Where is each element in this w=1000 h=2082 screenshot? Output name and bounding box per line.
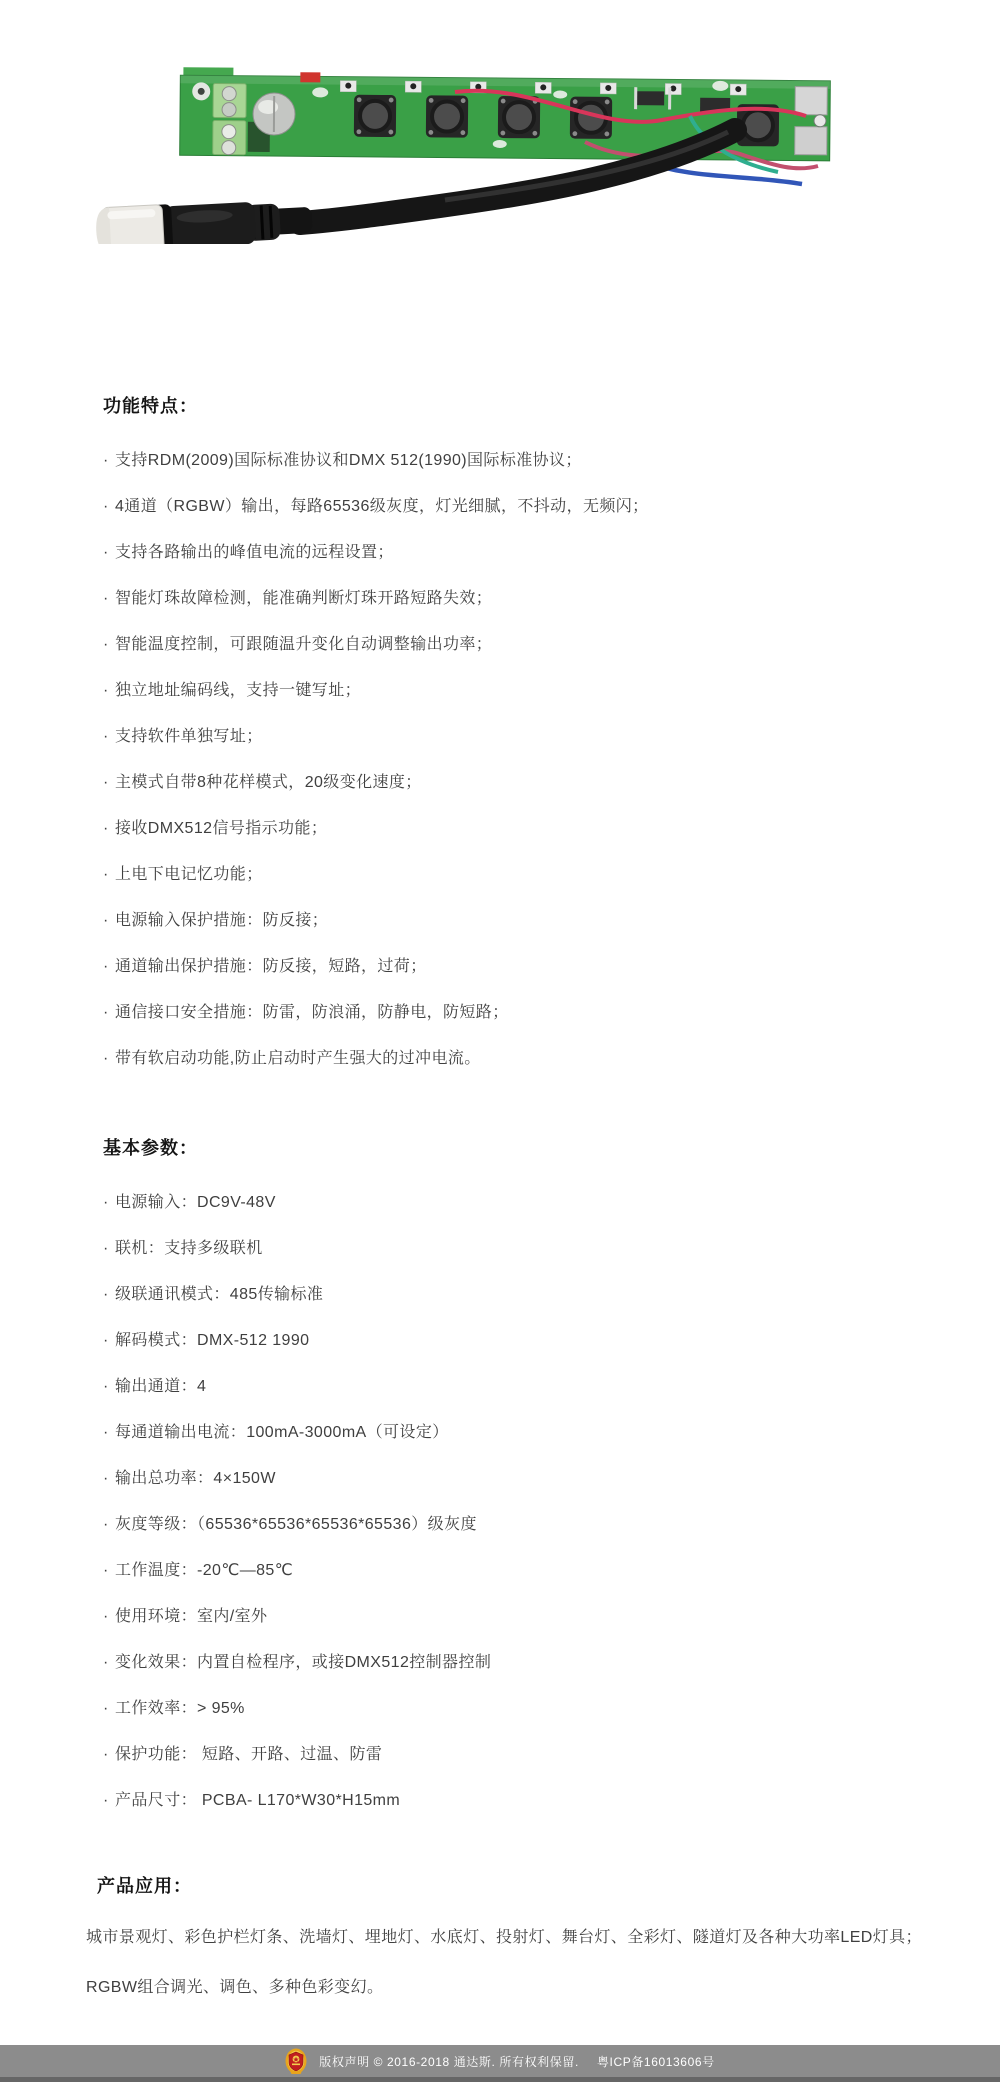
product-detail-page: 功能特点： ·支持RDM(2009)国际标准协议和DMX 512(1990)国际… bbox=[0, 0, 1000, 2082]
footer: 版权声明 © 2016-2018 通达斯. 所有权利保留.粤ICP备160136… bbox=[0, 2045, 1000, 2082]
bullet-dot: · bbox=[103, 1792, 115, 1810]
copyright-text: 版权声明 © 2016-2018 通达斯. 所有权利保留.粤ICP备160136… bbox=[319, 2053, 714, 2070]
feature-item: ·独立地址编码线，支持一键写址； bbox=[103, 677, 963, 723]
parameter-item-text: 每通道输出电流：100mA-3000mA（可设定） bbox=[115, 1424, 449, 1441]
feature-item-text: 支持软件单独写址； bbox=[115, 728, 263, 745]
feature-item: ·带有软启动功能,防止启动时产生强大的过冲电流。 bbox=[103, 1045, 963, 1091]
parameter-item: ·灰度等级：（65536*65536*65536*65536）级灰度 bbox=[103, 1511, 963, 1557]
bullet-dot: · bbox=[103, 1194, 115, 1212]
bullet-dot: · bbox=[103, 1050, 115, 1068]
feature-item: ·4通道（RGBW）输出，每路65536级灰度，灯光细腻，不抖动，无频闪； bbox=[103, 493, 963, 539]
parameter-item: ·使用环境：室内/室外 bbox=[103, 1603, 963, 1649]
feature-item-text: 独立地址编码线，支持一键写址； bbox=[115, 682, 361, 699]
feature-item: ·支持RDM(2009)国际标准协议和DMX 512(1990)国际标准协议； bbox=[103, 447, 963, 493]
features-section: 功能特点： ·支持RDM(2009)国际标准协议和DMX 512(1990)国际… bbox=[103, 392, 963, 1091]
bullet-dot: · bbox=[103, 1470, 115, 1488]
bullet-dot: · bbox=[103, 1654, 115, 1672]
feature-item: ·通信接口安全措施：防雷，防浪涌，防静电，防短路； bbox=[103, 999, 963, 1045]
parameter-item: ·联机：支持多级联机 bbox=[103, 1235, 963, 1281]
bullet-dot: · bbox=[103, 452, 115, 470]
feature-item-text: 智能灯珠故障检测，能准确判断灯珠开路短路失效； bbox=[115, 590, 492, 607]
bullet-dot: · bbox=[103, 866, 115, 884]
application-paragraph: 城市景观灯、彩色护栏灯条、洗墙灯、埋地灯、水底灯、投射灯、舞台灯、全彩灯、隧道灯… bbox=[86, 1924, 966, 1947]
feature-item-text: 通道输出保护措施：防反接，短路，过荷； bbox=[115, 958, 427, 975]
feature-item: ·智能温度控制，可跟随温升变化自动调整输出功率； bbox=[103, 631, 963, 677]
bullet-dot: · bbox=[103, 1378, 115, 1396]
bullet-dot: · bbox=[103, 682, 115, 700]
parameter-item-text: 电源输入：DC9V-48V bbox=[115, 1194, 276, 1211]
features-heading: 功能特点： bbox=[103, 392, 963, 418]
feature-item-text: 支持RDM(2009)国际标准协议和DMX 512(1990)国际标准协议； bbox=[115, 452, 582, 469]
parameter-item-text: 联机：支持多级联机 bbox=[115, 1240, 263, 1257]
bullet-dot: · bbox=[103, 1286, 115, 1304]
bullet-dot: · bbox=[103, 1332, 115, 1350]
bullet-dot: · bbox=[103, 958, 115, 976]
feature-item: ·支持软件单独写址； bbox=[103, 723, 963, 769]
parameter-item: ·级联通讯模式：485传输标准 bbox=[103, 1281, 963, 1327]
bullet-dot: · bbox=[103, 1608, 115, 1626]
parameter-item-text: 输出总功率：4×150W bbox=[115, 1470, 276, 1487]
applications-heading: 产品应用： bbox=[97, 1872, 966, 1898]
parameter-item-text: 级联通讯模式：485传输标准 bbox=[115, 1286, 323, 1303]
feature-item-text: 支持各路输出的峰值电流的远程设置； bbox=[115, 544, 394, 561]
product-photo bbox=[0, 24, 1000, 244]
bullet-dot: · bbox=[103, 1700, 115, 1718]
bullet-dot: · bbox=[103, 774, 115, 792]
parameters-heading: 基本参数： bbox=[103, 1134, 963, 1160]
parameter-item: ·变化效果：内置自检程序，或接DMX512控制器控制 bbox=[103, 1649, 963, 1695]
feature-item: ·支持各路输出的峰值电流的远程设置； bbox=[103, 539, 963, 585]
parameters-list: ·电源输入：DC9V-48V ·联机：支持多级联机 ·级联通讯模式：485传输标… bbox=[103, 1189, 963, 1833]
parameter-item-text: 变化效果：内置自检程序，或接DMX512控制器控制 bbox=[115, 1654, 491, 1671]
parameters-section: 基本参数： ·电源输入：DC9V-48V ·联机：支持多级联机 ·级联通讯模式：… bbox=[103, 1134, 963, 1833]
bullet-dot: · bbox=[103, 1240, 115, 1258]
bullet-dot: · bbox=[103, 1424, 115, 1442]
bullet-dot: · bbox=[103, 498, 115, 516]
parameter-item: ·每通道输出电流：100mA-3000mA（可设定） bbox=[103, 1419, 963, 1465]
bullet-dot: · bbox=[103, 912, 115, 930]
icp-number: 粤ICP备16013606号 bbox=[597, 2055, 715, 2069]
bullet-dot: · bbox=[103, 590, 115, 608]
footer-bottom-strip bbox=[0, 2077, 1000, 2082]
feature-item: ·上电下电记忆功能； bbox=[103, 861, 963, 907]
parameter-item-text: 工作效率：> 95% bbox=[115, 1700, 245, 1717]
parameter-item: ·输出总功率：4×150W bbox=[103, 1465, 963, 1511]
bullet-dot: · bbox=[103, 728, 115, 746]
feature-item: ·接收DMX512信号指示功能； bbox=[103, 815, 963, 861]
feature-item: ·智能灯珠故障检测，能准确判断灯珠开路短路失效； bbox=[103, 585, 963, 631]
parameter-item: ·工作温度：-20℃—85℃ bbox=[103, 1557, 963, 1603]
feature-item: ·电源输入保护措施：防反接； bbox=[103, 907, 963, 953]
bullet-dot: · bbox=[103, 1516, 115, 1534]
feature-item-text: 带有软启动功能,防止启动时产生强大的过冲电流。 bbox=[115, 1050, 481, 1067]
feature-item-text: 电源输入保护措施：防反接； bbox=[115, 912, 328, 929]
bullet-dot: · bbox=[103, 1004, 115, 1022]
parameter-item: ·电源输入：DC9V-48V bbox=[103, 1189, 963, 1235]
security-emblem-icon bbox=[285, 2048, 307, 2075]
feature-item: ·主模式自带8种花样模式，20级变化速度； bbox=[103, 769, 963, 815]
pcb-board-illustration bbox=[0, 24, 1000, 244]
bullet-dot: · bbox=[103, 820, 115, 838]
feature-item-text: 通信接口安全措施：防雷，防浪涌，防静电，防短路； bbox=[115, 1004, 509, 1021]
parameter-item: ·解码模式：DMX-512 1990 bbox=[103, 1327, 963, 1373]
parameter-item-text: 输出通道：4 bbox=[115, 1378, 206, 1395]
parameter-item: ·工作效率：> 95% bbox=[103, 1695, 963, 1741]
bullet-dot: · bbox=[103, 636, 115, 654]
parameter-item-text: 灰度等级：（65536*65536*65536*65536）级灰度 bbox=[115, 1516, 477, 1533]
parameter-item: ·保护功能： 短路、开路、过温、防雷 bbox=[103, 1741, 963, 1787]
bullet-dot: · bbox=[103, 1562, 115, 1580]
feature-item-text: 接收DMX512信号指示功能； bbox=[115, 820, 327, 837]
feature-item-text: 4通道（RGBW）输出，每路65536级灰度，灯光细腻，不抖动，无频闪； bbox=[115, 498, 649, 515]
parameter-item-text: 产品尺寸： PCBA- L170*W30*H15mm bbox=[115, 1792, 400, 1809]
parameter-item-text: 使用环境：室内/室外 bbox=[115, 1608, 267, 1625]
footer-bar: 版权声明 © 2016-2018 通达斯. 所有权利保留.粤ICP备160136… bbox=[0, 2045, 1000, 2077]
bullet-dot: · bbox=[103, 1746, 115, 1764]
feature-item: ·通道输出保护措施：防反接，短路，过荷； bbox=[103, 953, 963, 999]
feature-item-text: 上电下电记忆功能； bbox=[115, 866, 263, 883]
parameter-item-text: 保护功能： 短路、开路、过温、防雷 bbox=[115, 1746, 382, 1763]
application-paragraph: RGBW组合调光、调色、多种色彩变幻。 bbox=[86, 1974, 966, 1997]
bullet-dot: · bbox=[103, 544, 115, 562]
applications-section: 产品应用： 城市景观灯、彩色护栏灯条、洗墙灯、埋地灯、水底灯、投射灯、舞台灯、全… bbox=[86, 1872, 966, 2024]
parameter-item-text: 工作温度：-20℃—85℃ bbox=[115, 1562, 293, 1579]
parameter-item: ·输出通道：4 bbox=[103, 1373, 963, 1419]
parameter-item: ·产品尺寸： PCBA- L170*W30*H15mm bbox=[103, 1787, 963, 1833]
feature-item-text: 主模式自带8种花样模式，20级变化速度； bbox=[115, 774, 422, 791]
parameter-item-text: 解码模式：DMX-512 1990 bbox=[115, 1332, 309, 1349]
feature-item-text: 智能温度控制，可跟随温升变化自动调整输出功率； bbox=[115, 636, 492, 653]
features-list: ·支持RDM(2009)国际标准协议和DMX 512(1990)国际标准协议； … bbox=[103, 447, 963, 1091]
